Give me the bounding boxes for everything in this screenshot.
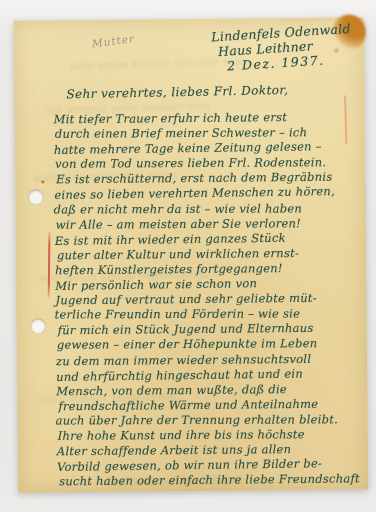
handwritten-line: Ihre hohe Kunst und ihre bis ins höchste [58,427,358,444]
handwritten-line: sucht haben oder einfach ihre liebe Freu… [59,472,359,490]
punch-hole [31,318,46,333]
handwritten-line: auch über Jahre der Trennung erhalten bl… [56,412,356,428]
letter-page: uum nmuunv muunn wunu nnui nnw muuum unn… [14,17,369,492]
salutation: Sehr verehrtes, liebes Frl. Doktor, [66,83,288,101]
pencil-annotation: Mutter [91,33,135,51]
red-speck [41,180,44,183]
handwritten-line: daß er nicht mehr da ist – wie viel habe… [54,201,354,217]
punch-hole [28,189,43,204]
red-margin-mark [48,231,51,297]
letter-header: Lindenfels Odenwald Haus Leithner 2 Dez.… [211,21,353,75]
handwritten-line: gewesen – einer der Höhepunkte im Leben [57,336,357,353]
letter-body: Mit tiefer Trauer erfuhr ich heute erst … [54,109,358,489]
handwritten-line: guter alter Kultur und wirklichen ernst- [57,245,357,263]
